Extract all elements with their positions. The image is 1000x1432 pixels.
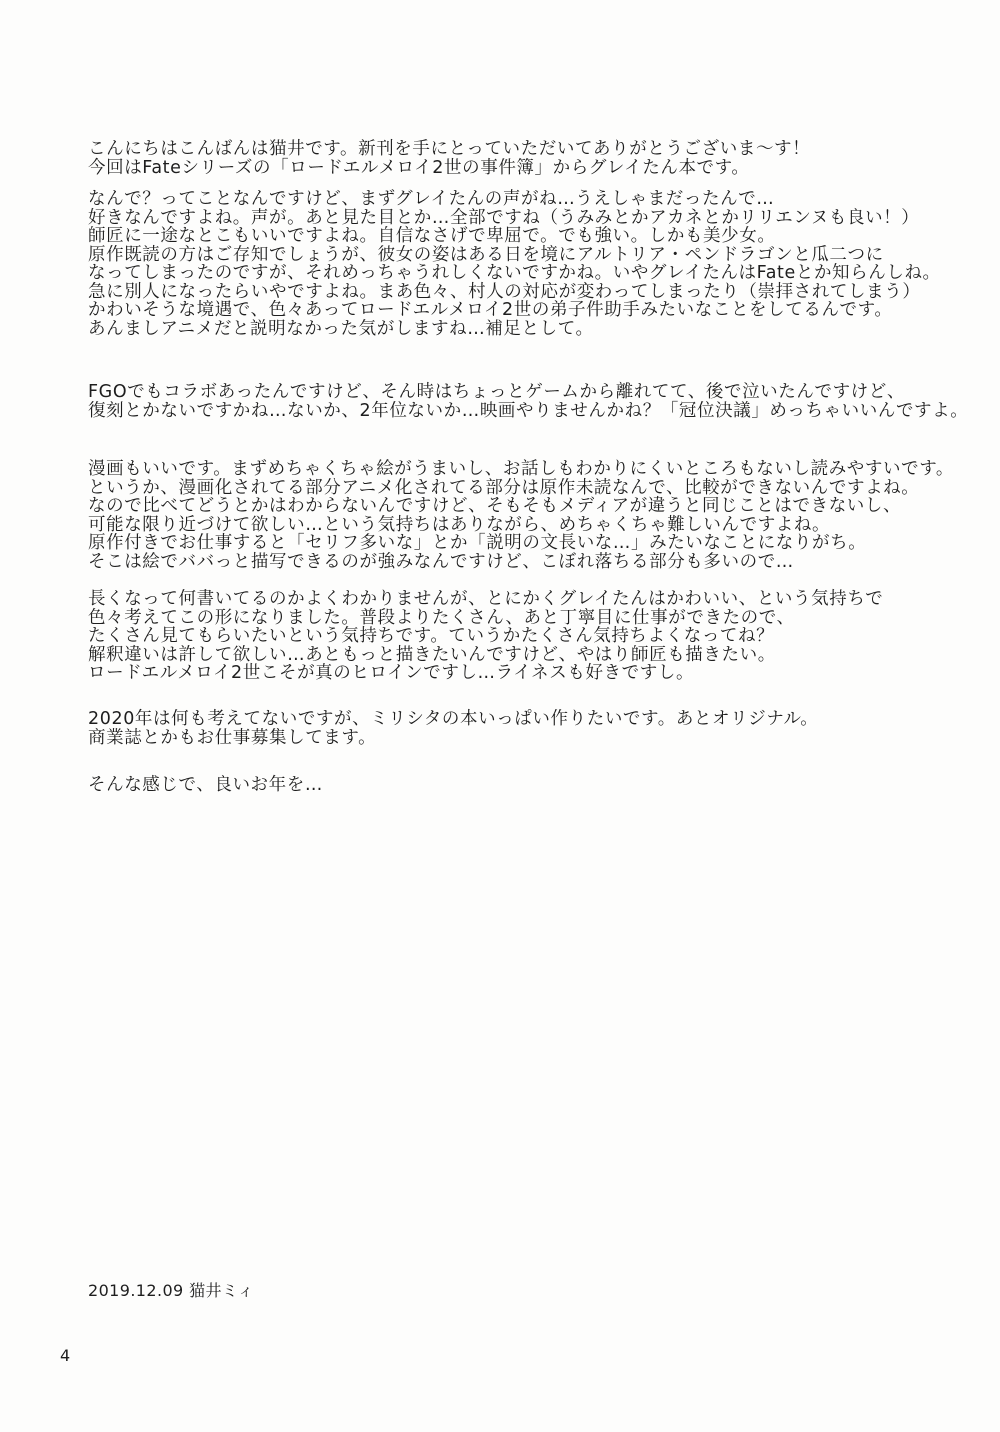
text-line: 師匠に一途なとこもいいですよね。自信なさげで卑屈で。でも強い。しかも美少女。 (88, 227, 968, 246)
paragraph-2020-plans: 2020年は何も考えてないですが、ミリシタの本いっぱい作りたいです。あとオリジナ… (88, 710, 968, 747)
text-line: なってしまったのですが、それめっちゃうれしくないですかね。いやグレイたんはFat… (88, 264, 968, 283)
text-line: 可能な限り近づけて欲しい…という気持ちはありながら、めちゃくちゃ難しいんですよね… (88, 516, 968, 535)
text-line: 今回はFateシリーズの「ロードエルメロイ2世の事件簿」からグレイたん本です。 (88, 159, 968, 178)
text-line: 復刻とかないですかね…ないか、2年位ないか…映画やりませんかね？「冠位決議」めっ… (88, 402, 968, 421)
text-line: 原作付きでお仕事すると「セリフ多いな」とか「説明の文長いな…」みたいなことになり… (88, 534, 968, 553)
paragraph-why-gray: なんで？ってことなんですけど、まずグレイたんの声がね…うえしゃまだったんで… 好… (88, 190, 968, 338)
text-line: FGOでもコラボあったんですけど、そん時はちょっとゲームから離れてて、後で泣いた… (88, 383, 968, 402)
text-line: というか、漫画化されてる部分アニメ化されてる部分は原作未読なんで、比較ができない… (88, 479, 968, 498)
text-line: あんましアニメだと説明なかった気がしますね…補足として。 (88, 320, 968, 339)
text-line: 急に別人になったらいやですよね。まあ色々、村人の対応が変わってしまったり（崇拝さ… (88, 283, 968, 302)
text-line: そんな感じで、良いお年を… (88, 776, 968, 795)
text-line: 解釈違いは許して欲しい…あともっと描きたいんですけど、やはり師匠も描きたい。 (88, 646, 968, 665)
text-line: 色々考えてこの形になりました。普段よりたくさん、あと丁寧目に仕事ができたので、 (88, 609, 968, 628)
paragraph-fgo: FGOでもコラボあったんですけど、そん時はちょっとゲームから離れてて、後で泣いた… (88, 383, 968, 420)
text-line: たくさん見てもらいたいという気持ちです。ていうかたくさん気持ちよくなってね？ (88, 627, 968, 646)
text-line: 好きなんですよね。声が。あと見た目とか…全部ですね（うみみとかアカネとかリリエン… (88, 209, 968, 228)
text-line: ロードエルメロイ2世こそが真のヒロインですし…ライネスも好きですし。 (88, 664, 968, 683)
text-line: なんで？ってことなんですけど、まずグレイたんの声がね…うえしゃまだったんで… (88, 190, 968, 209)
text-line: こんにちはこんばんは猫井です。新刊を手にとっていただいてありがとうございま～す！ (88, 140, 968, 159)
paragraph-closing: そんな感じで、良いお年を… (88, 776, 968, 795)
page-number: 4 (60, 1346, 70, 1365)
text-line: 原作既読の方はご存知でしょうが、彼女の姿はある日を境にアルトリア・ペンドラゴンと… (88, 246, 968, 265)
text-line: そこは絵でババっと描写できるのが強みなんですけど、こぼれ落ちる部分も多いので… (88, 553, 968, 572)
paragraph-greeting: こんにちはこんばんは猫井です。新刊を手にとっていただいてありがとうございま～す！… (88, 140, 968, 177)
text-line: 漫画もいいです。まずめちゃくちゃ絵がうまいし、お話しもわかりにくいところもないし… (88, 460, 968, 479)
paragraph-manga: 漫画もいいです。まずめちゃくちゃ絵がうまいし、お話しもわかりにくいところもないし… (88, 460, 968, 571)
text-line: かわいそうな境遇で、色々あってロードエルメロイ2世の弟子件助手みたいなことをして… (88, 301, 968, 320)
date-signature: 2019.12.09 猫井ミィ (88, 1278, 254, 1301)
text-line: 2020年は何も考えてないですが、ミリシタの本いっぱい作りたいです。あとオリジナ… (88, 710, 968, 729)
text-line: 商業誌とかもお仕事募集してます。 (88, 729, 968, 748)
text-line: なので比べてどうとかはわからないんですけど、そもそもメディアが違うと同じことはで… (88, 497, 968, 516)
document-page: こんにちはこんばんは猫井です。新刊を手にとっていただいてありがとうございま～す！… (0, 0, 1000, 1432)
text-line: 長くなって何書いてるのかよくわかりませんが、とにかくグレイたんはかわいい、という… (88, 590, 968, 609)
paragraph-wrap-up: 長くなって何書いてるのかよくわかりませんが、とにかくグレイたんはかわいい、という… (88, 590, 968, 683)
